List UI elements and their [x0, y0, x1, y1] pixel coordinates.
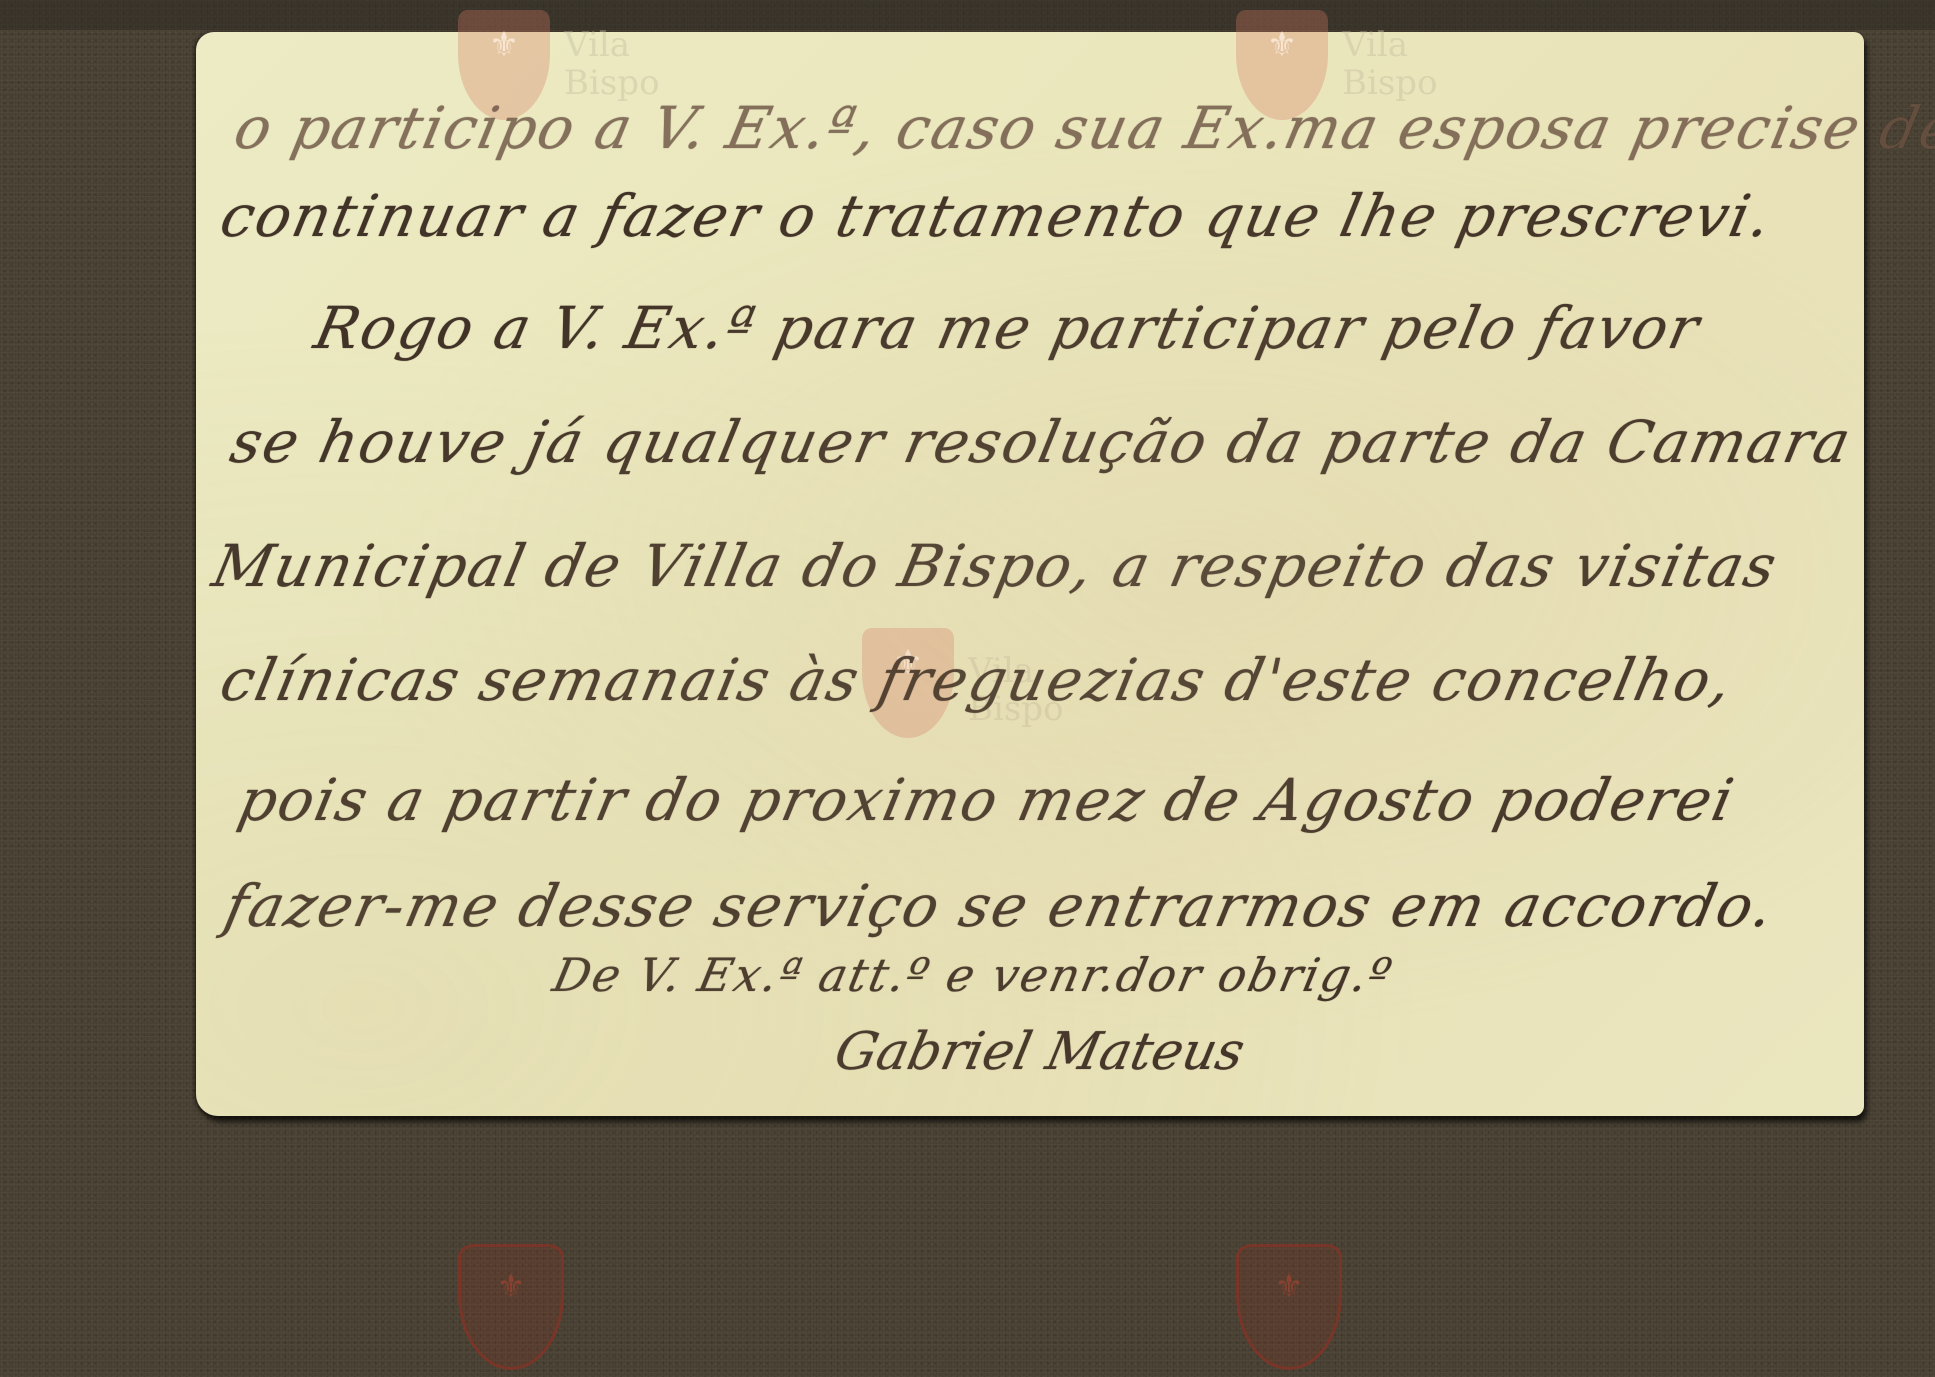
letter-line-5: Municipal de Villa do Bispo, a respeito … — [207, 532, 1784, 600]
letter-line-4: se houve já qualquer resolução da parte … — [225, 408, 1858, 476]
watermark-label-top-left: Vila Bispo — [564, 26, 660, 102]
letter-line-3: Rogo a V. Ex.ª para me participar pelo f… — [309, 294, 1707, 362]
fleur-de-lis-icon: ⚜ — [458, 30, 550, 60]
felt-background-top — [0, 0, 1935, 30]
letter-line-1: o participo a V. Ex.ª, caso sua Ex.ma es… — [229, 94, 1935, 162]
letter-closing: De V. Ex.ª att.º e venr.dor obrig.º — [548, 948, 1398, 1002]
letter-line-8: fazer-me desse serviço se entrarmos em a… — [219, 872, 1781, 940]
letter-line-6: clínicas semanais às freguezias d'este c… — [215, 646, 1740, 714]
fleur-de-lis-icon: ⚜ — [1236, 30, 1328, 60]
postcard: ⚜ Vila Bispo ⚜ Vila Bispo ⚜ Vila Bispo o… — [196, 32, 1864, 1116]
letter-line-7: pois a partir do proximo mez de Agosto p… — [233, 766, 1741, 834]
letter-signature: Gabriel Mateus — [830, 1022, 1250, 1082]
watermark-shield-bottom-right: ⚜ — [1236, 1244, 1342, 1370]
fleur-de-lis-icon: ⚜ — [461, 1271, 561, 1301]
letter-line-2: continuar a fazer o tratamento que lhe p… — [215, 182, 1779, 250]
watermark-shield-bottom-left: ⚜ — [458, 1244, 564, 1370]
fleur-de-lis-icon: ⚜ — [1239, 1271, 1339, 1301]
watermark-label-top-right: Vila Bispo — [1342, 26, 1438, 102]
